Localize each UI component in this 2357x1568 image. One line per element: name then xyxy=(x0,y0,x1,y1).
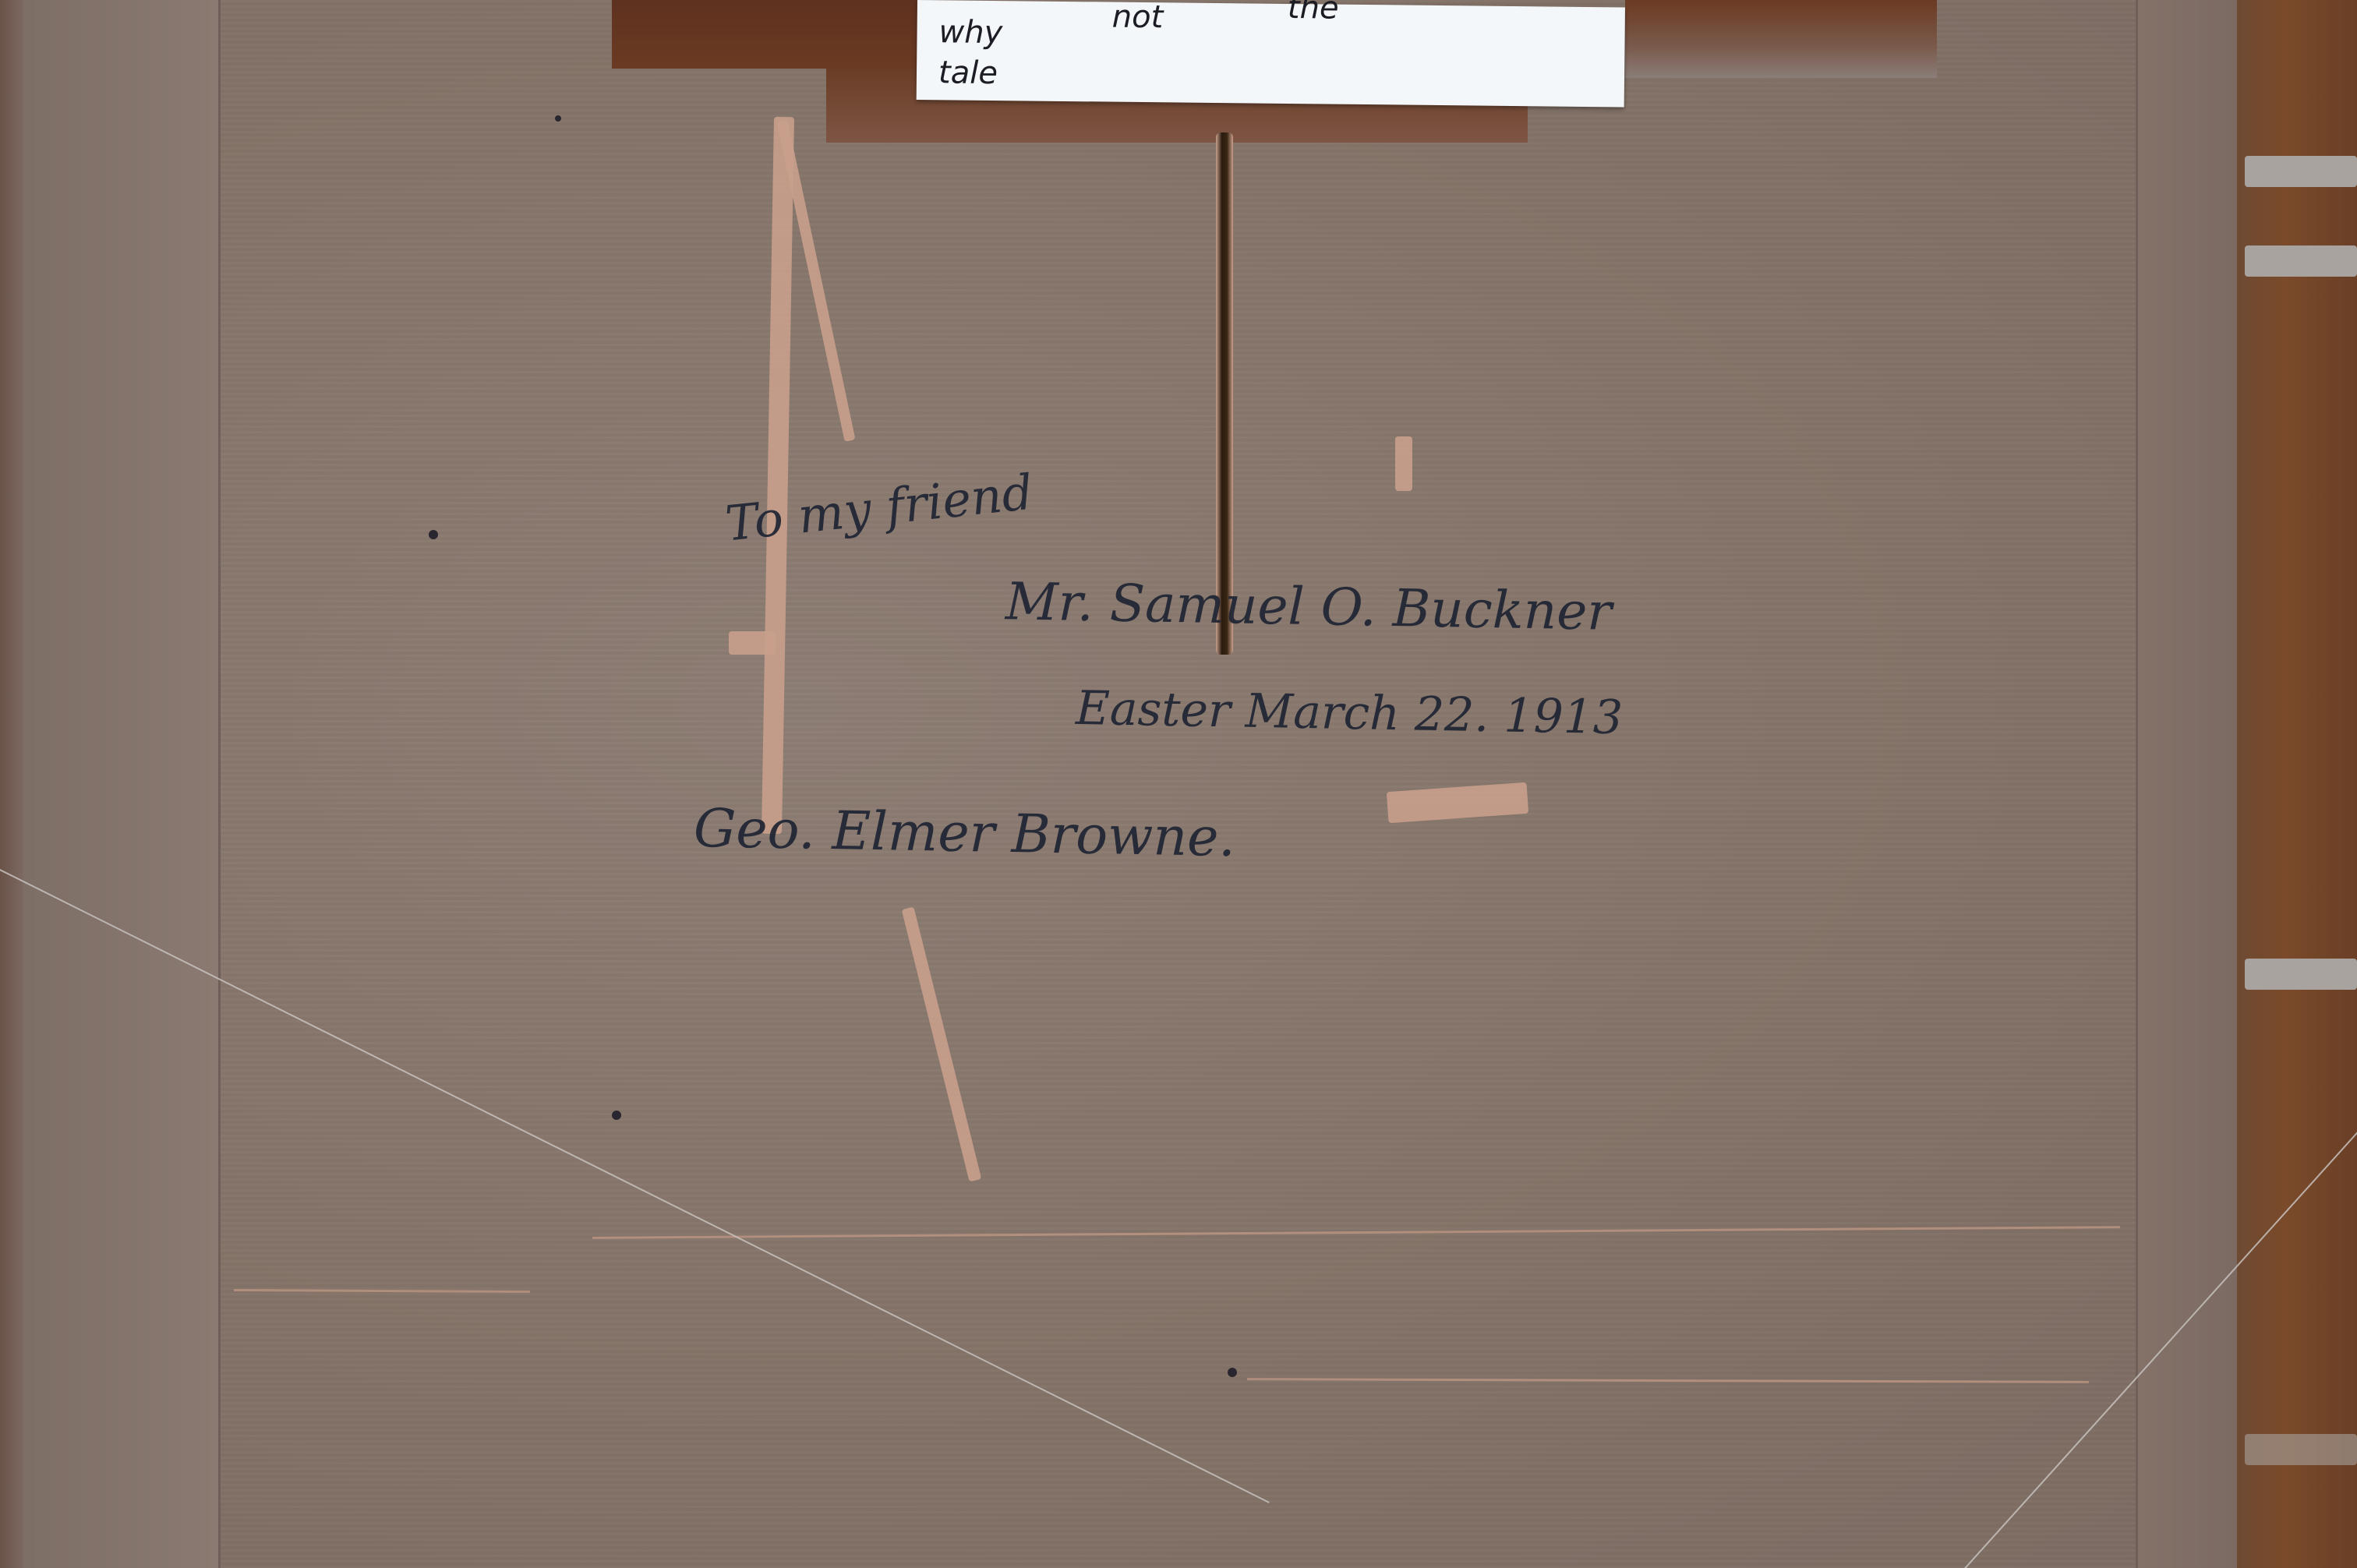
backing-board xyxy=(23,0,2245,1568)
note-word: why xyxy=(938,14,1002,51)
ink-dot xyxy=(612,1111,621,1120)
paper-note: why not the tale xyxy=(917,0,1625,108)
scuff-mark xyxy=(1395,436,1412,491)
ink-dot xyxy=(429,530,438,539)
frame-chip xyxy=(2245,245,2357,277)
artist-signature: Geo. Elmer Browne. xyxy=(693,798,1235,869)
note-word: the xyxy=(1288,0,1339,26)
ink-dot xyxy=(555,115,561,122)
scuff-mark xyxy=(729,631,776,655)
exposed-wood-top-left xyxy=(612,0,924,69)
frame-chip xyxy=(2245,156,2357,187)
inscription-date: Easter March 22. 1913 xyxy=(1075,681,1623,745)
frame-chip xyxy=(2245,959,2357,990)
ink-dot xyxy=(1228,1368,1237,1377)
frame-chip xyxy=(2245,1434,2357,1465)
inscription-recipient: Mr. Samuel O. Buckner xyxy=(1005,571,1612,642)
note-word: not xyxy=(1112,0,1164,35)
exposed-wood-top-right xyxy=(1625,0,1937,78)
frame-right-edge xyxy=(2237,0,2357,1568)
board-right-strip xyxy=(2136,0,2243,1568)
board-left-strip xyxy=(23,0,221,1568)
note-word: tale xyxy=(938,55,998,91)
